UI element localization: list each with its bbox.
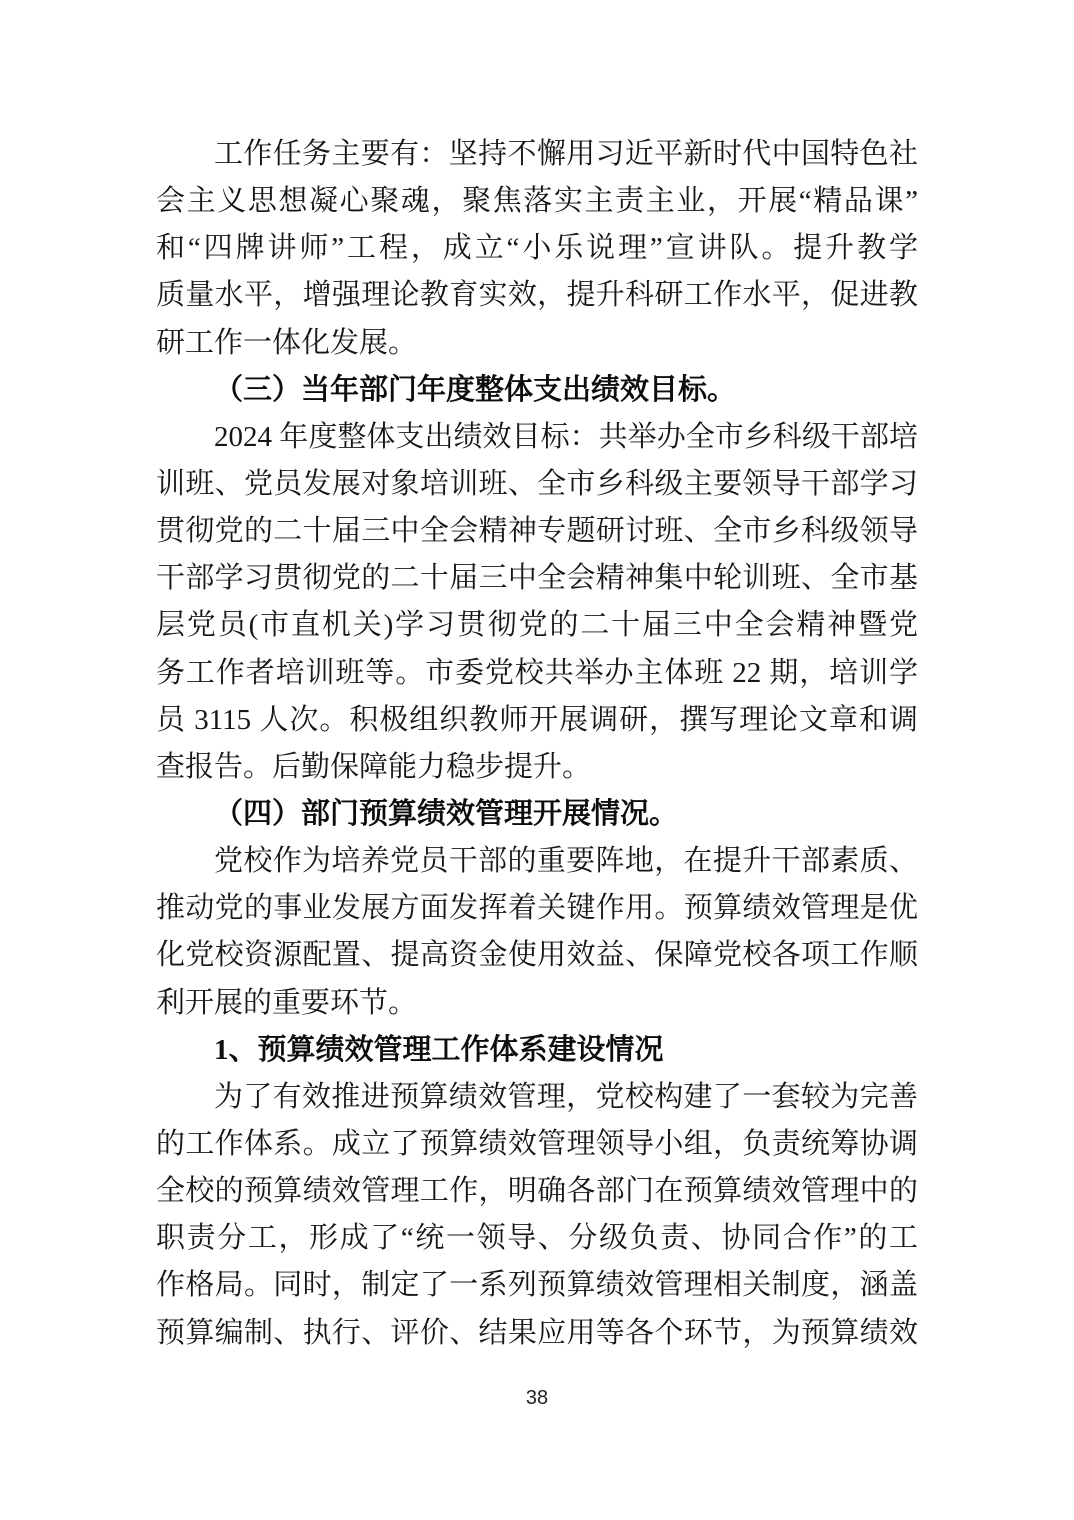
paragraph-party-school-role-line-2: 推动党的事业发展方面发挥着关键作用。预算绩效管理是优 <box>156 885 918 932</box>
document-page: 工作任务主要有：坚持不懈用习近平新时代中国特色社会主义思想凝心聚魂，聚焦落实主责… <box>0 0 1074 1520</box>
page-number: 38 <box>526 1387 548 1409</box>
heading-section-3-line-1: （三）当年部门年度整体支出绩效目标。 <box>156 367 918 414</box>
heading-subsection-1-line-1: 1、预算绩效管理工作体系建设情况 <box>156 1027 918 1074</box>
paragraph-work-tasks-line-2: 会主义思想凝心聚魂，聚焦落实主责主业，开展“精品课” <box>156 178 918 225</box>
paragraph-work-tasks-line-4: 质量水平，增强理论教育实效，提升科研工作水平，促进教 <box>156 272 918 319</box>
paragraph-2024-goals-line-2: 训班、党员发展对象培训班、全市乡科级主要领导干部学习 <box>156 461 918 508</box>
page-footer: 38 <box>0 1384 1074 1412</box>
paragraph-2024-goals-line-4: 干部学习贯彻党的二十届三中全会精神集中轮训班、全市基 <box>156 555 918 602</box>
paragraph-2024-goals-line-7: 员 3115 人次。积极组织教师开展调研，撰写理论文章和调 <box>156 697 918 744</box>
paragraph-party-school-role-line-3: 化党校资源配置、提高资金使用效益、保障党校各项工作顺 <box>156 932 918 979</box>
paragraph-2024-goals-line-8: 查报告。后勤保障能力稳步提升。 <box>156 744 918 791</box>
paragraph-work-system-line-4: 职责分工，形成了“统一领导、分级负责、协同合作”的工 <box>156 1215 918 1262</box>
paragraph-2024-goals-line-3: 贯彻党的二十届三中全会精神专题研讨班、全市乡科级领导 <box>156 508 918 555</box>
heading-section-4-line-1: （四）部门预算绩效管理开展情况。 <box>156 791 918 838</box>
paragraph-work-tasks-line-3: 和“四牌讲师”工程，成立“小乐说理”宣讲队。提升教学 <box>156 225 918 272</box>
paragraph-2024-goals-line-5: 层党员(市直机关)学习贯彻党的二十届三中全会精神暨党 <box>156 602 918 649</box>
paragraph-work-system-line-5: 作格局。同时，制定了一系列预算绩效管理相关制度，涵盖 <box>156 1262 918 1309</box>
paragraph-work-system-line-2: 的工作体系。成立了预算绩效管理领导小组，负责统筹协调 <box>156 1121 918 1168</box>
document-content: 工作任务主要有：坚持不懈用习近平新时代中国特色社会主义思想凝心聚魂，聚焦落实主责… <box>156 131 918 1357</box>
paragraph-work-system-line-6: 预算编制、执行、评价、结果应用等各个环节，为预算绩效 <box>156 1310 918 1357</box>
paragraph-party-school-role-line-4: 利开展的重要环节。 <box>156 980 918 1027</box>
paragraph-2024-goals-line-1: 2024 年度整体支出绩效目标：共举办全市乡科级干部培 <box>156 414 918 461</box>
paragraph-2024-goals-line-6: 务工作者培训班等。市委党校共举办主体班 22 期，培训学 <box>156 650 918 697</box>
paragraph-work-tasks-line-1: 工作任务主要有：坚持不懈用习近平新时代中国特色社 <box>156 131 918 178</box>
paragraph-work-system-line-1: 为了有效推进预算绩效管理，党校构建了一套较为完善 <box>156 1074 918 1121</box>
paragraph-work-system-line-3: 全校的预算绩效管理工作，明确各部门在预算绩效管理中的 <box>156 1168 918 1215</box>
paragraph-party-school-role-line-1: 党校作为培养党员干部的重要阵地，在提升干部素质、 <box>156 838 918 885</box>
paragraph-work-tasks-line-5: 研工作一体化发展。 <box>156 320 918 367</box>
